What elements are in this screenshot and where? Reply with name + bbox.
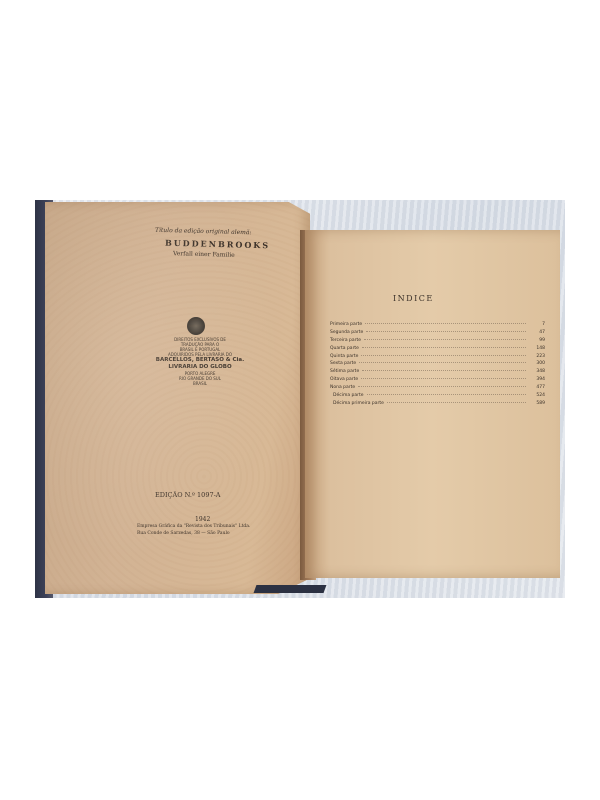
index-entry-page: 99 [529,338,545,343]
index-entry: Décima parte524 [333,393,545,401]
index-entry-page: 394 [529,377,545,382]
leader-dots [361,355,526,356]
publisher-line: BRASIL [145,381,255,386]
index-entry-page: 148 [529,346,545,351]
index-entry: Segunda parte47 [330,330,545,338]
leader-dots [362,370,526,371]
index-entry: Sexta parte300 [330,361,545,369]
index-entry-name: Segunda parte [330,330,363,335]
publisher-line: DIREITOS EXCLUSIVOS DE [145,337,255,342]
leader-dots [359,362,526,363]
leader-dots [367,394,526,395]
publisher-line: ADQUIRIDOS PELA LIVRARIA DO [145,352,255,357]
index-entry: Nona parte477 [330,385,545,393]
leader-dots [364,339,526,340]
index-entry-name: Quarta parte [330,346,359,351]
leader-dots [362,347,526,348]
printer-line: Empresa Gráfica da "Revista dos Tribunai… [137,524,250,529]
index-entry: Décima primeira parte589 [333,401,545,409]
publication-year: 1942 [195,516,210,523]
index-entry-page: 524 [529,393,545,398]
index-entry: Terceira parte99 [330,338,545,346]
publisher-name: BARCELLOS, BERTASO & Cia. [145,357,255,364]
index-entry: Sétima parte348 [330,369,545,377]
edition-number: EDIÇÃO N.º 1097-A [155,491,220,499]
book-cover-corner [254,585,327,593]
index-title: INDICE [393,294,434,303]
publisher-line: PORTO ALEGRE [145,371,255,376]
book-title: BUDDENBROOKS [165,238,270,251]
leader-dots [358,386,526,387]
index-entry-page: 7 [529,322,545,327]
index-entry-name: Sexta parte [330,361,356,366]
leader-dots [361,378,526,379]
publisher-line: RIO GRANDE DO SUL [145,376,255,381]
index-entry-page: 589 [529,401,545,406]
printer-address: Rua Conde de Sarzedas, 38 — São Paulo [137,531,230,536]
index-entry-name: Oitava parte [330,377,358,382]
index-entry: Oitava parte394 [330,377,545,385]
leader-dots [387,402,526,403]
index-entry-page: 223 [529,354,545,359]
book-photo: Título da edição original alemã: BUDDENB… [35,200,565,598]
index-list: Primeira parte7Segunda parte47Terceira p… [330,322,545,409]
index-entry-name: Primeira parte [330,322,362,327]
publisher-block: DIREITOS EXCLUSIVOS DE TRADUÇÃO PARA O B… [145,337,255,386]
index-entry-name: Décima primeira parte [333,401,384,406]
index-entry: Quarta parte148 [330,346,545,354]
leader-dots [366,331,526,332]
publisher-line: BRASIL E PORTUGAL [145,347,255,352]
book-subtitle: Verfall einer Familie [173,250,235,259]
index-entry-page: 348 [529,369,545,374]
index-entry: Primeira parte7 [330,322,545,330]
index-entry-name: Décima parte [333,393,364,398]
publisher-emblem-icon [187,317,205,335]
leader-dots [365,323,526,324]
index-entry-page: 477 [529,385,545,390]
index-entry-name: Sétima parte [330,369,359,374]
left-page: Título da edição original alemã: BUDDENB… [45,202,310,594]
index-entry-name: Nona parte [330,385,355,390]
index-entry: Quinta parte223 [330,354,545,362]
original-title-label: Título da edição original alemã: [155,227,252,237]
index-entry-page: 47 [529,330,545,335]
index-entry-name: Terceira parte [330,338,361,343]
publisher-line: TRADUÇÃO PARA O [145,342,255,347]
publisher-name: LIVRARIA DO GLOBO [145,364,255,371]
index-entry-page: 300 [529,361,545,366]
right-page: INDICE Primeira parte7Segunda parte47Ter… [305,230,560,578]
index-entry-name: Quinta parte [330,354,358,359]
